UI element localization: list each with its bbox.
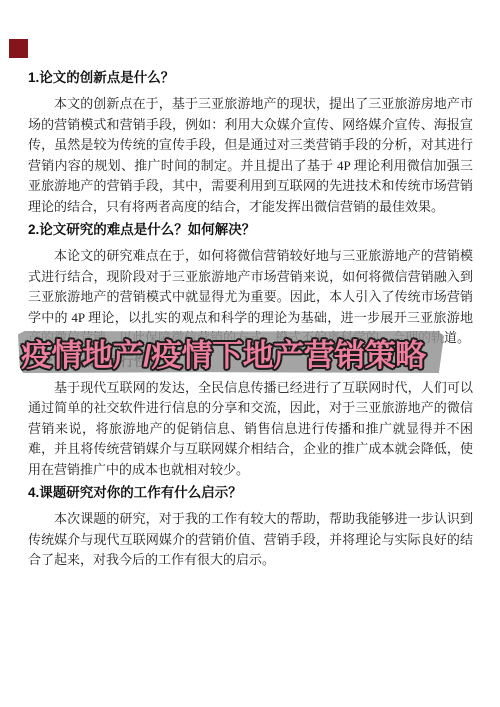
section-1: 1.论文的创新点是什么？ 本文的创新点在于，基于三亚旅游地产的现状，提出了三亚旅…	[28, 70, 473, 217]
section-1-paragraph: 本文的创新点在于，基于三亚旅游地产的现状，提出了三亚旅游房地产市场的营销模式和营…	[28, 94, 473, 217]
document-page: 1.论文的创新点是什么？ 本文的创新点在于，基于三亚旅游地产的现状，提出了三亚旅…	[0, 0, 500, 707]
document-content: 1.论文的创新点是什么？ 本文的创新点在于，基于三亚旅游地产的现状，提出了三亚旅…	[28, 65, 473, 571]
corner-marker-square	[9, 39, 28, 58]
section-4: 4.课题研究对你的工作有什么启示？ 本次课题的研究，对于我的工作有较大的帮助，帮…	[28, 485, 473, 571]
section-3-paragraph: 基于现代互联网的发达，全民信息传播已经进行了互联网时代，人们可以通过简单的社交软…	[28, 378, 473, 481]
section-1-heading: 1.论文的创新点是什么？	[28, 70, 473, 86]
section-2: 2.论文研究的难点是什么？如何解决？ 本论文的研究难点在于，如何将微信营销较好地…	[28, 222, 473, 349]
section-4-heading: 4.课题研究对你的工作有什么启示？	[28, 485, 473, 501]
section-4-paragraph: 本次课题的研究，对于我的工作有较大的帮助，帮助我能够进一步认识到传统媒介与现代互…	[28, 509, 473, 571]
watermark-overlay: 疫情地产/疫情下地产营销策略	[18, 331, 444, 373]
section-2-heading: 2.论文研究的难点是什么？如何解决？	[28, 222, 473, 238]
watermark-text: 疫情地产/疫情下地产营销策略	[18, 330, 426, 375]
